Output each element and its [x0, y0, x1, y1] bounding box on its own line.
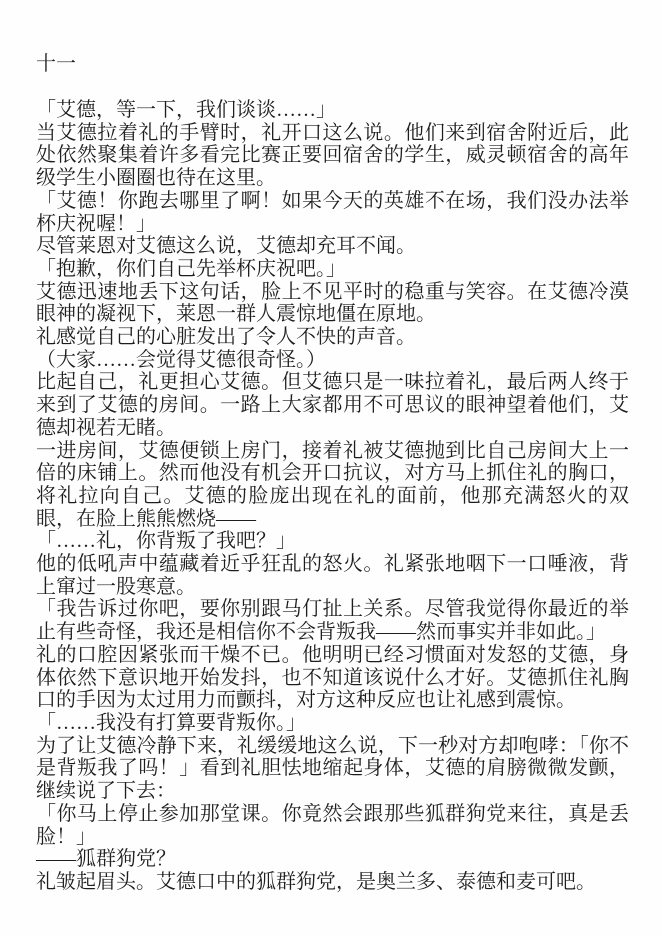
- paragraph: 「你马上停止参加那堂课。你竟然会跟那些狐群狗党来往，真是丢脸！」: [36, 803, 629, 848]
- paragraph: 他的低吼声中蕴藏着近乎狂乱的怒火。礼紧张地咽下一口唾液，背上窜过一股寒意。: [36, 553, 629, 598]
- paragraph: 礼感觉自己的心脏发出了令人不快的声音。: [36, 326, 629, 349]
- paragraph: 艾德迅速地丢下这句话，脸上不见平时的稳重与笑容。在艾德冷漠眼神的凝视下，莱恩一群…: [36, 281, 629, 326]
- chapter-title: 十一: [36, 53, 629, 76]
- paragraph: 当艾德拉着礼的手臂时，礼开口这么说。他们来到宿舍附近后，此处依然聚集着许多看完比…: [36, 122, 629, 190]
- paragraph: 「艾德，等一下，我们谈谈……」: [36, 99, 629, 122]
- paragraph: 礼的口腔因紧张而干燥不已。他明明已经习惯面对发怒的艾德，身体依然下意识地开始发抖…: [36, 644, 629, 712]
- paragraph: 「我告诉过你吧，要你别跟马仃扯上关系。尽管我觉得你最近的举止有些奇怪，我还是相信…: [36, 598, 629, 643]
- novel-text: 「艾德，等一下，我们谈谈……」当艾德拉着礼的手臂时，礼开口这么说。他们来到宿舍附…: [36, 99, 629, 894]
- paragraph: 礼皱起眉头。艾德口中的狐群狗党，是奥兰多、泰德和麦可吧。: [36, 871, 629, 894]
- paragraph: 「……礼，你背叛了我吧？」: [36, 530, 629, 553]
- paragraph: 「艾德！你跑去哪里了啊！如果今天的英雄不在场，我们没办法举杯庆祝喔！」: [36, 190, 629, 235]
- paragraph: （大家……会觉得艾德很奇怪。）: [36, 349, 629, 372]
- novel-page: 十一 「艾德，等一下，我们谈谈……」当艾德拉着礼的手臂时，礼开口这么说。他们来到…: [0, 0, 662, 935]
- paragraph: 比起自己，礼更担心艾德。但艾德只是一味拉着礼，最后两人终于来到了艾德的房间。一路…: [36, 371, 629, 439]
- paragraph: 尽管莱恩对艾德这么说，艾德却充耳不闻。: [36, 235, 629, 258]
- paragraph: 「抱歉，你们自己先举杯庆祝吧。」: [36, 258, 629, 281]
- paragraph: 一进房间，艾德便锁上房门，接着礼被艾德抛到比自己房间大上一倍的床铺上。然而他没有…: [36, 440, 629, 531]
- paragraph: 为了让艾德冷静下来，礼缓缓地这么说，下一秒对方却咆哮：「你不是背叛我了吗！」看到…: [36, 735, 629, 803]
- paragraph: ——狐群狗党？: [36, 848, 629, 871]
- paragraph: 「……我没有打算要背叛你。」: [36, 712, 629, 735]
